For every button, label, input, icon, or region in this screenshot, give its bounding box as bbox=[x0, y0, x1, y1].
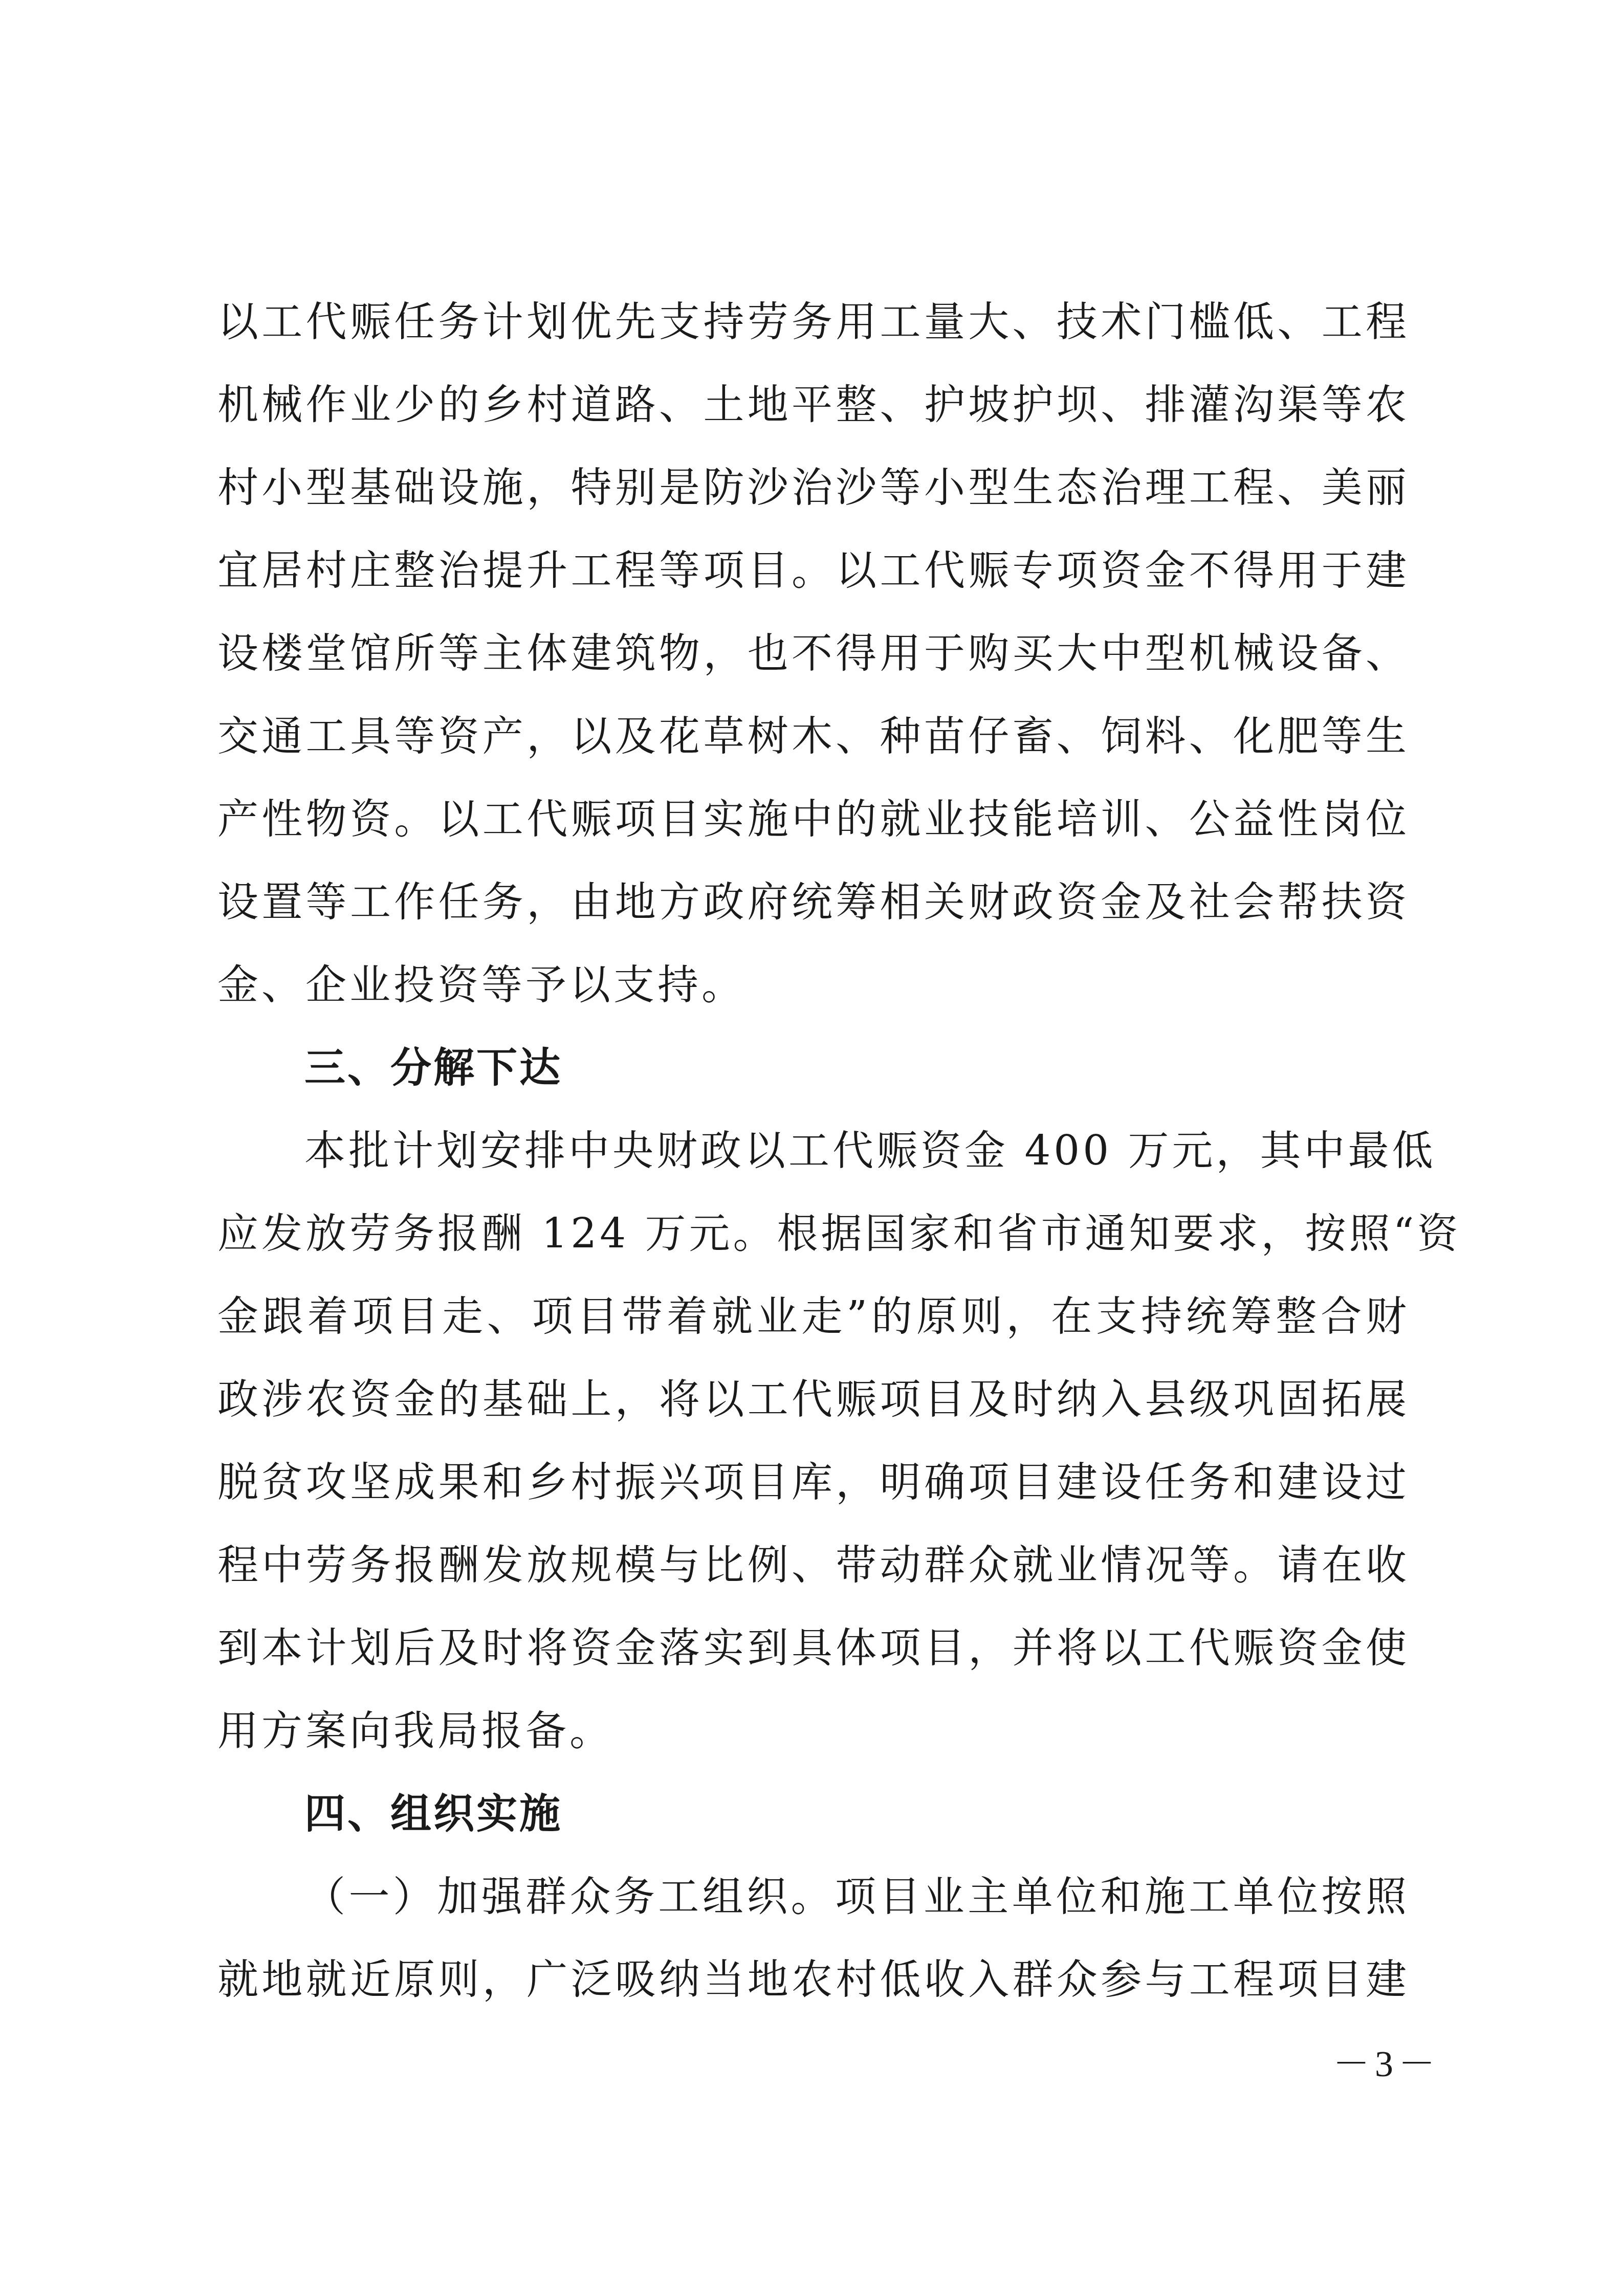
text-line: 机械作业少的乡村道路、土地平整、护坡护坝、排灌沟渠等农 bbox=[217, 363, 1410, 446]
text-line: 金跟着项目走、项目带着就业走”的原则，在支持统筹整合财 bbox=[217, 1275, 1410, 1358]
page-number: －3－ bbox=[1333, 2034, 1440, 2087]
section-heading-4: 四、组织实施 bbox=[217, 1772, 1410, 1855]
document-page: 以工代赈任务计划优先支持劳务用工量大、技术门槛低、工程 机械作业少的乡村道路、土… bbox=[0, 0, 1624, 2287]
text-line: 用方案向我局报备。 bbox=[217, 1689, 1410, 1772]
section-4-paragraph: （一）加强群众务工组织。项目业主单位和施工单位按照 就地就近原则，广泛吸纳当地农… bbox=[217, 1855, 1410, 2021]
text-line: 就地就近原则，广泛吸纳当地农村低收入群众参与工程项目建 bbox=[217, 1938, 1410, 2021]
text-line: 本批计划安排中央财政以工代赈资金 400 万元，其中最低 bbox=[217, 1109, 1410, 1192]
text-line: 以工代赈任务计划优先支持劳务用工量大、技术门槛低、工程 bbox=[217, 280, 1410, 363]
text-line: 产性物资。以工代赈项目实施中的就业技能培训、公益性岗位 bbox=[217, 778, 1410, 861]
text-line: 政涉农资金的基础上，将以工代赈项目及时纳入县级巩固拓展 bbox=[217, 1358, 1410, 1441]
text-line: 程中劳务报酬发放规模与比例、带动群众就业情况等。请在收 bbox=[217, 1524, 1410, 1607]
section-heading-3: 三、分解下达 bbox=[217, 1026, 1410, 1109]
text-line: 交通工具等资产，以及花草树木、种苗仔畜、饲料、化肥等生 bbox=[217, 695, 1410, 778]
text-line: 金、企业投资等予以支持。 bbox=[217, 943, 1410, 1026]
text-line: （一）加强群众务工组织。项目业主单位和施工单位按照 bbox=[217, 1855, 1410, 1938]
text-line: 应发放劳务报酬 124 万元。根据国家和省市通知要求，按照“资 bbox=[217, 1192, 1410, 1275]
paragraph-continued: 以工代赈任务计划优先支持劳务用工量大、技术门槛低、工程 机械作业少的乡村道路、土… bbox=[217, 280, 1410, 1026]
text-line: 设楼堂馆所等主体建筑物，也不得用于购买大中型机械设备、 bbox=[217, 612, 1410, 695]
document-body: 以工代赈任务计划优先支持劳务用工量大、技术门槛低、工程 机械作业少的乡村道路、土… bbox=[217, 280, 1410, 2021]
section-3-paragraph: 本批计划安排中央财政以工代赈资金 400 万元，其中最低 应发放劳务报酬 124… bbox=[217, 1109, 1410, 1772]
text-line: 脱贫攻坚成果和乡村振兴项目库，明确项目建设任务和建设过 bbox=[217, 1441, 1410, 1524]
text-line: 到本计划后及时将资金落实到具体项目，并将以工代赈资金使 bbox=[217, 1607, 1410, 1689]
text-line: 村小型基础设施，特别是防沙治沙等小型生态治理工程、美丽 bbox=[217, 446, 1410, 529]
text-line: 宜居村庄整治提升工程等项目。以工代赈专项资金不得用于建 bbox=[217, 529, 1410, 612]
text-line: 设置等工作任务，由地方政府统筹相关财政资金及社会帮扶资 bbox=[217, 861, 1410, 943]
